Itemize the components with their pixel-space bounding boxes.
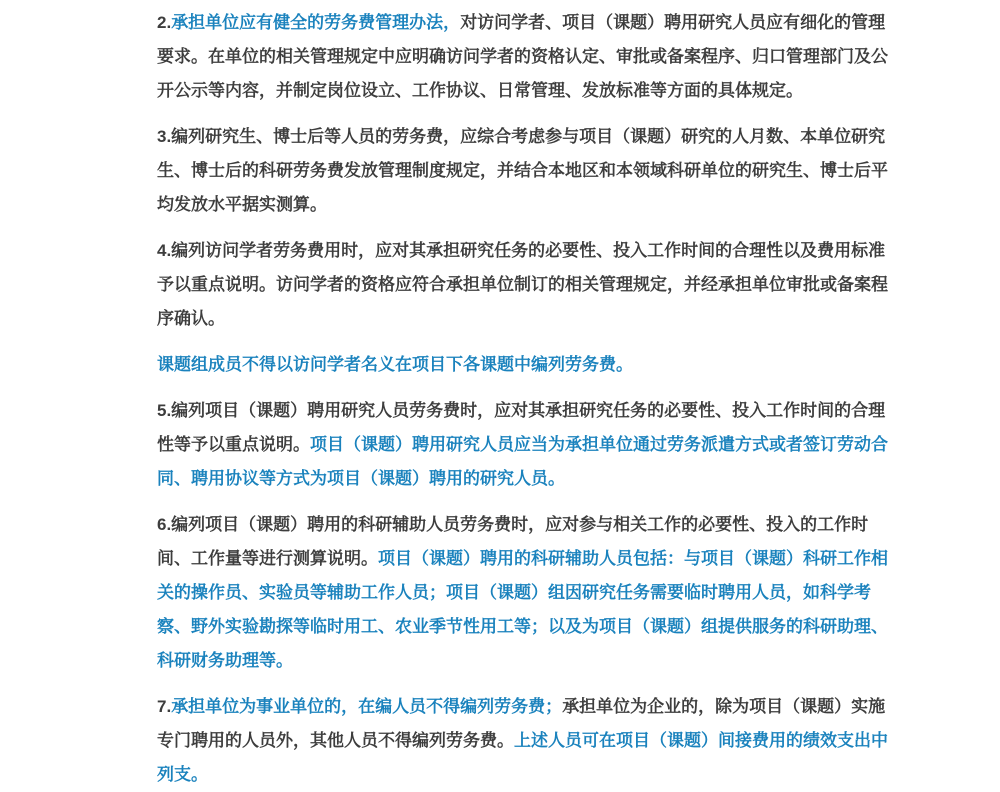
paragraph-clause-7: 7.承担单位为事业单位的，在编人员不得编列劳务费；承担单位为企业的，除为项目（课… [157,690,889,792]
clause-7-number: 7. [157,697,171,716]
note-visiting-scholar-text: 课题组成员不得以访问学者名义在项目下各课题中编列劳务费。 [157,355,633,374]
paragraph-clause-4: 4.编列访问学者劳务费用时，应对其承担研究任务的必要性、投入工作时间的合理性以及… [157,234,889,336]
paragraph-clause-3: 3.编列研究生、博士后等人员的劳务费，应综合考虑参与项目（课题）研究的人月数、本… [157,120,889,222]
clause-2-number: 2. [157,13,171,32]
paragraph-note-visiting-scholar: 课题组成员不得以访问学者名义在项目下各课题中编列劳务费。 [157,348,889,382]
paragraph-clause-6: 6.编列项目（课题）聘用的科研辅助人员劳务费时，应对参与相关工作的必要性、投入的… [157,508,889,678]
paragraph-clause-5: 5.编列项目（课题）聘用研究人员劳务费时，应对其承担研究任务的必要性、投入工作时… [157,394,889,496]
clause-2-highlight: 承担单位应有健全的劳务费管理办法， [171,13,460,32]
clause-3-body: 3.编列研究生、博士后等人员的劳务费，应综合考虑参与项目（课题）研究的人月数、本… [157,127,888,214]
clause-4-body: 4.编列访问学者劳务费用时，应对其承担研究任务的必要性、投入工作时间的合理性以及… [157,241,888,328]
clause-7-highlight-1: 承担单位为事业单位的，在编人员不得编列劳务费； [171,697,562,716]
document-content: 2.承担单位应有健全的劳务费管理办法，对访问学者、项目（课题）聘用研究人员应有细… [157,0,889,792]
paragraph-clause-2: 2.承担单位应有健全的劳务费管理办法，对访问学者、项目（课题）聘用研究人员应有细… [157,6,889,108]
